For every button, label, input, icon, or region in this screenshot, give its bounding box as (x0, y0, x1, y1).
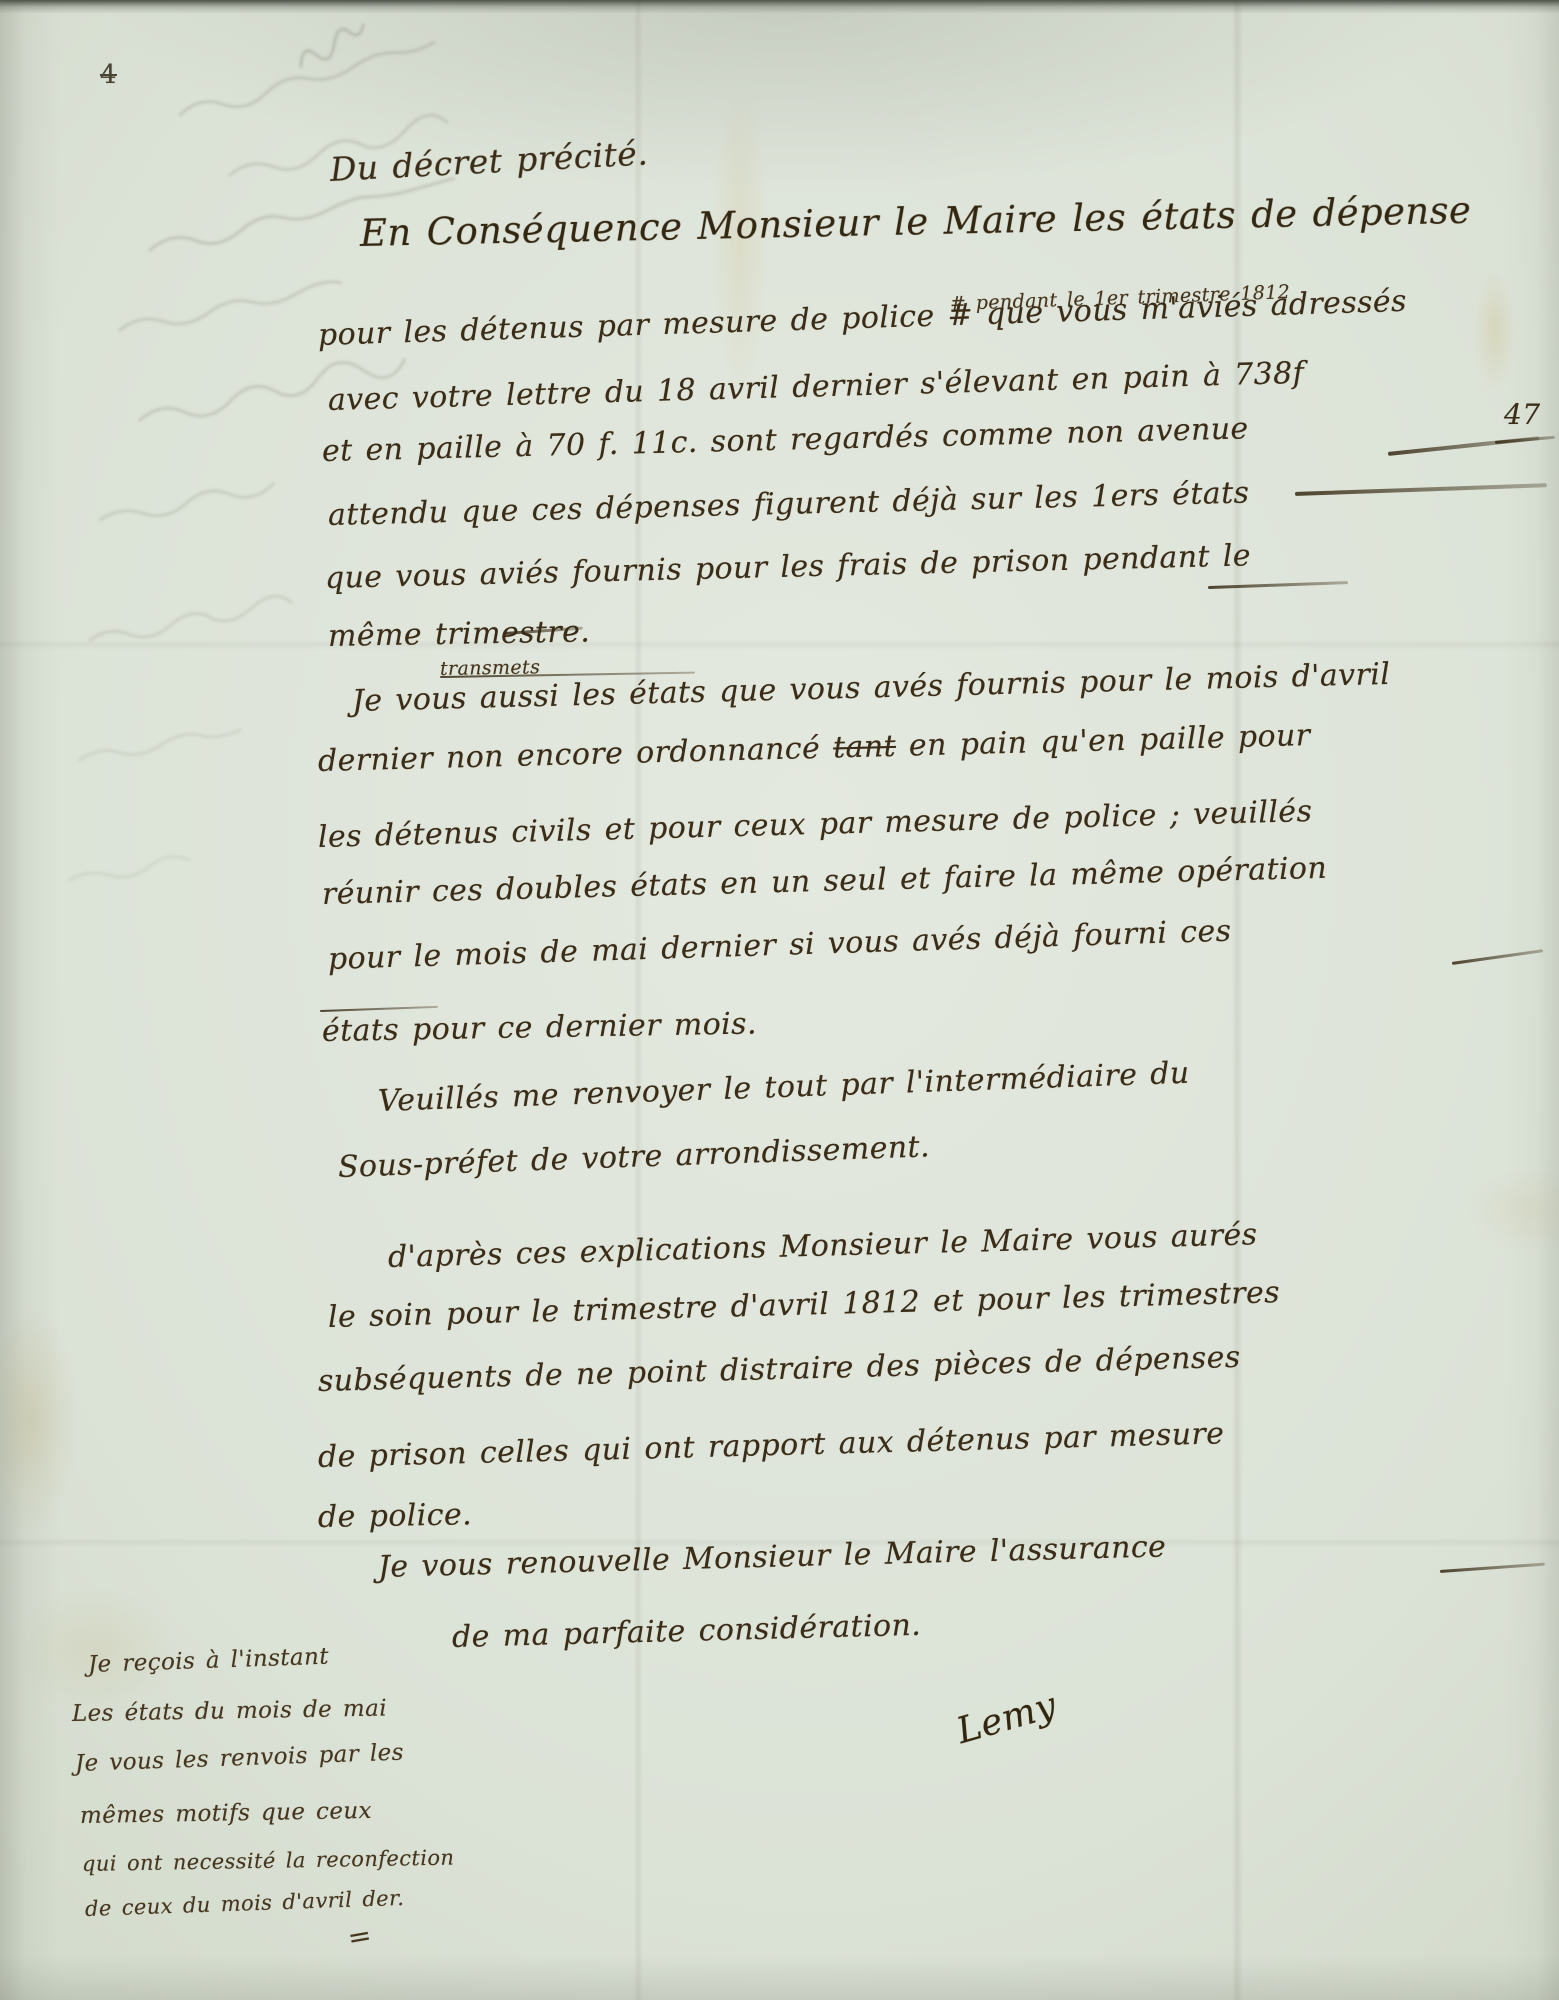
flourish-dash (1452, 949, 1544, 965)
marginal-note-line: qui ont necessité la reconfection (82, 1846, 455, 1876)
flourish-dash (1295, 483, 1547, 496)
letter-line: d'après ces explications Monsieur le Mai… (388, 1217, 1258, 1275)
struck-word: tant (833, 729, 897, 766)
letter-line: les détenus civils et pour ceux par mesu… (318, 794, 1313, 855)
letter-line: Sous-préfet de votre arrondissement. (337, 1129, 930, 1185)
letter-line: En Conséquence Monsieur le Maire les éta… (360, 189, 1472, 255)
letter-line: pour les détenus par mesure de police # … (317, 284, 1407, 353)
marginal-note-line: Je vous les renvois par les (75, 1740, 405, 1777)
letter-line: et en paille à 70 f. 11c. sont regardés … (322, 411, 1249, 469)
marginal-note-line: mêmes motifs que ceux (80, 1798, 372, 1829)
letter-line: Veuillés me renvoyer le tout par l'inter… (377, 1056, 1190, 1119)
signature: Lemy (952, 1685, 1061, 1752)
letter-line: états pour ce dernier mois. (322, 1006, 757, 1049)
letter-line: le soin pour le trimestre d'avril 1812 e… (328, 1275, 1281, 1335)
line-fragment: en pain qu'en paille pour (896, 718, 1311, 764)
marginal-note-end-mark: = (345, 1918, 374, 1955)
letter-line: pour le mois de mai dernier si vous avés… (327, 914, 1231, 977)
letter-line: de prison celles qui ont rapport aux dét… (318, 1416, 1225, 1475)
letter-line: subséquents de ne point distraire des pi… (318, 1340, 1241, 1399)
flourish-dash (1440, 1563, 1545, 1573)
line-fragment: dernier non encore ordonnancé (318, 731, 834, 779)
flourish-dash (320, 1006, 438, 1012)
letter-line: de ma parfaite considération. (452, 1608, 922, 1655)
letter-line: attendu que ces dépenses figurent déjà s… (328, 475, 1250, 533)
amount-fragment: 47 (1504, 398, 1540, 431)
letter-line: réunir ces doubles états en un seul et f… (322, 851, 1328, 912)
letter-line: que vous aviés fournis pour les frais de… (325, 538, 1252, 596)
letter-line: Je vous renouvelle Monsieur le Maire l'a… (378, 1529, 1167, 1585)
letter-line: avec votre lettre du 18 avril dernier s'… (328, 356, 1305, 418)
marginal-note-line: de ceux du mois d'avril der. (85, 1886, 405, 1921)
flourish-dash (1208, 581, 1348, 589)
marginal-note-line: Je reçois à l'instant (88, 1644, 330, 1678)
letter-line: de police. (318, 1497, 473, 1535)
letter-line: même trimestre. (328, 614, 591, 654)
page-number: 4 (100, 60, 117, 90)
letter-line: dernier non encore ordonnancé tant en pa… (318, 718, 1311, 779)
letter-line-opening: Du décret précité. (329, 133, 649, 189)
letter-page: 4 Du décret précité. En Conséquence Mons… (0, 0, 1559, 2000)
marginal-note-line: Les états du mois de mai (72, 1696, 387, 1727)
